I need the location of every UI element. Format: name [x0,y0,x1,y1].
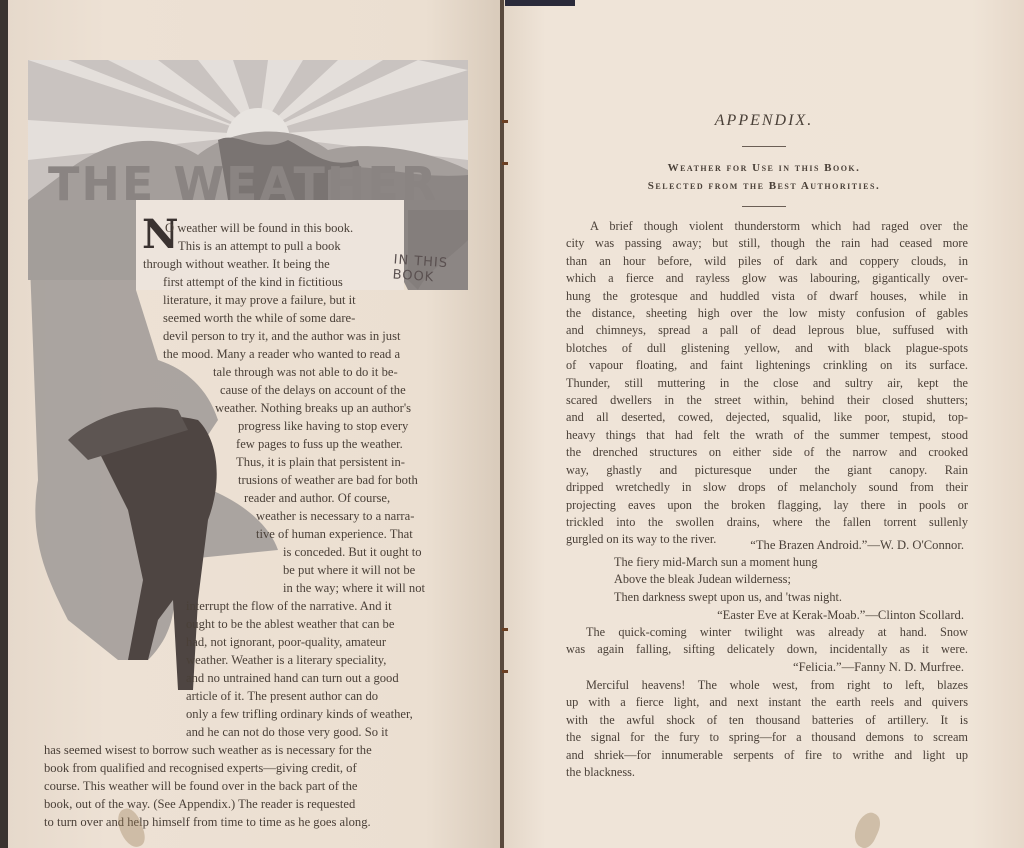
attribution-oconnor: “The Brazen Android.”—W. D. O'Connor. [750,538,964,553]
text-line: The quick-coming winter twilight was alr… [566,624,968,641]
text-line: few pages to fuss up the weather. [236,436,459,454]
text-line: This is an attempt to pull a book [178,238,401,256]
text-line: weather. Weather is a literary specialit… [186,652,459,670]
text-line: and shriek—for innumerable serpents of f… [566,747,968,764]
text-line: ought to be the ablest weather that can … [186,616,459,634]
appendix-subhead-2: Selected from the Best Authorities. [504,180,1024,192]
text-line: book from qualified and recognised exper… [44,760,459,778]
text-line: progress like having to stop every [238,418,459,436]
text-line: literature, it may prove a failure, but … [163,292,401,310]
text-line: the distance, sheeting high over the low… [566,305,968,322]
appendix-title: APPENDIX. [504,112,1024,130]
divider-rule [742,146,786,147]
text-line: interrupt the flow of the narrative. And… [186,598,459,616]
text-line: first attempt of the kind in fictitious [163,274,401,292]
text-line: book, out of the way. (See Appendix.) Th… [44,796,459,814]
text-line: had, not ignorant, poor-quality, amateur [186,634,459,652]
appendix-subhead-1: Weather for Use in this Book. [504,162,1024,174]
text-line: hung the grotesque and huddled vista of … [566,288,968,305]
text-line: through without weather. It being the [143,256,401,274]
book-spread: THE WEATHER IN THIS BOOK N O weather wil… [0,0,1024,848]
verse-passage: The fiery mid-March sun a moment hung Ab… [614,554,842,606]
passage-merciful-heavens: Merciful heavens! The whole west, from r… [566,677,968,781]
text-line: up with a fierce light, and next instant… [566,694,968,711]
text-line: and all deserted, cowed, dejected, squal… [566,409,968,426]
binding-stitch [502,670,508,673]
passage-brazen-android: A brief though violent thunderstorm whic… [566,218,968,549]
text-line: the blackness. [566,764,968,781]
text-line: projecting eaves upon the broken flaggin… [566,497,968,514]
verse-line: The fiery mid-March sun a moment hung [614,554,842,571]
text-line: heavy things that had felt the wrath of … [566,427,968,444]
text-line: cause of the delays on account of the [220,382,459,400]
text-line: with the awful shock of ten thousand bat… [566,712,968,729]
text-line: and he can not do those very good. So it [186,724,459,742]
text-line: in the way; where it will not [283,580,459,598]
text-line: way, ghastly and picturesque under the g… [566,462,968,479]
text-line: than an hour before, wild piles of dark … [566,253,968,270]
text-line: trusions of weather are bad for both [238,472,459,490]
text-line: city was passing away; but still, though… [566,235,968,252]
text-line: the signal for the fury to spring—for a … [566,729,968,746]
text-line: blotches of dull glistening yellow, and … [566,340,968,357]
text-line: seemed worth the while of some dare- [163,310,401,328]
text-line: be put where it will not be [283,562,459,580]
text-line: scared dwellers in the street within, be… [566,392,968,409]
passage-felicia: The quick-coming winter twilight was alr… [566,624,968,659]
text-line: the mood. Many a reader who wanted to re… [163,346,459,364]
text-line: reader and author. Of course, [244,490,459,508]
background-shadow [505,0,575,6]
text-line: Thus, it is plain that persistent in- [236,454,459,472]
text-line: article of it. The present author can do [186,688,459,706]
text-line: dripped wretchedly in slow drops of mela… [566,479,968,496]
binding-stitch [502,628,508,631]
text-line: weather. Nothing breaks up an author's [215,400,459,418]
text-line: A brief though violent thunderstorm whic… [566,218,968,235]
attribution-scollard: “Easter Eve at Kerak-Moab.”—Clinton Scol… [717,608,964,623]
text-line: of vapour floating, and faint lightening… [566,357,968,374]
text-line: Merciful heavens! The whole west, from r… [566,677,968,694]
text-line: the drenched structures on either side o… [566,444,968,461]
text-line: tive of human experience. That [256,526,459,544]
text-line: devil person to try it, and the author w… [163,328,459,346]
divider-rule [742,206,786,207]
text-line: is conceded. But it ought to [283,544,459,562]
text-line: and chimneys, spread a pall of dead lepr… [566,322,968,339]
text-line: was again falling, sifting delicately do… [566,641,968,658]
text-line: has seemed wisest to borrow such weather… [44,742,459,760]
attribution-murfree: “Felicia.”—Fanny N. D. Murfree. [793,660,964,675]
text-line: only a few trifling ordinary kinds of we… [186,706,459,724]
illustration-subtitle: IN THIS BOOK [392,252,469,287]
text-line: O weather will be found in this book. [165,220,401,238]
text-line: trickled into the swollen drains, where … [566,514,968,531]
verse-line: Then darkness swept upon us, and 'twas n… [614,589,842,606]
text-line: which a fierce and rayless glow was labo… [566,270,968,287]
text-line: to turn over and help himself from time … [44,814,459,832]
verse-line: Above the bleak Judean wilderness; [614,571,842,588]
text-line: and no untrained hand can turn out a goo… [186,670,459,688]
text-line: Thunder, still muttering in the close an… [566,375,968,392]
text-line: tale through was not able to do it be- [213,364,459,382]
text-line: course. This weather will be found over … [44,778,459,796]
text-line: weather is necessary to a narra- [256,508,459,526]
